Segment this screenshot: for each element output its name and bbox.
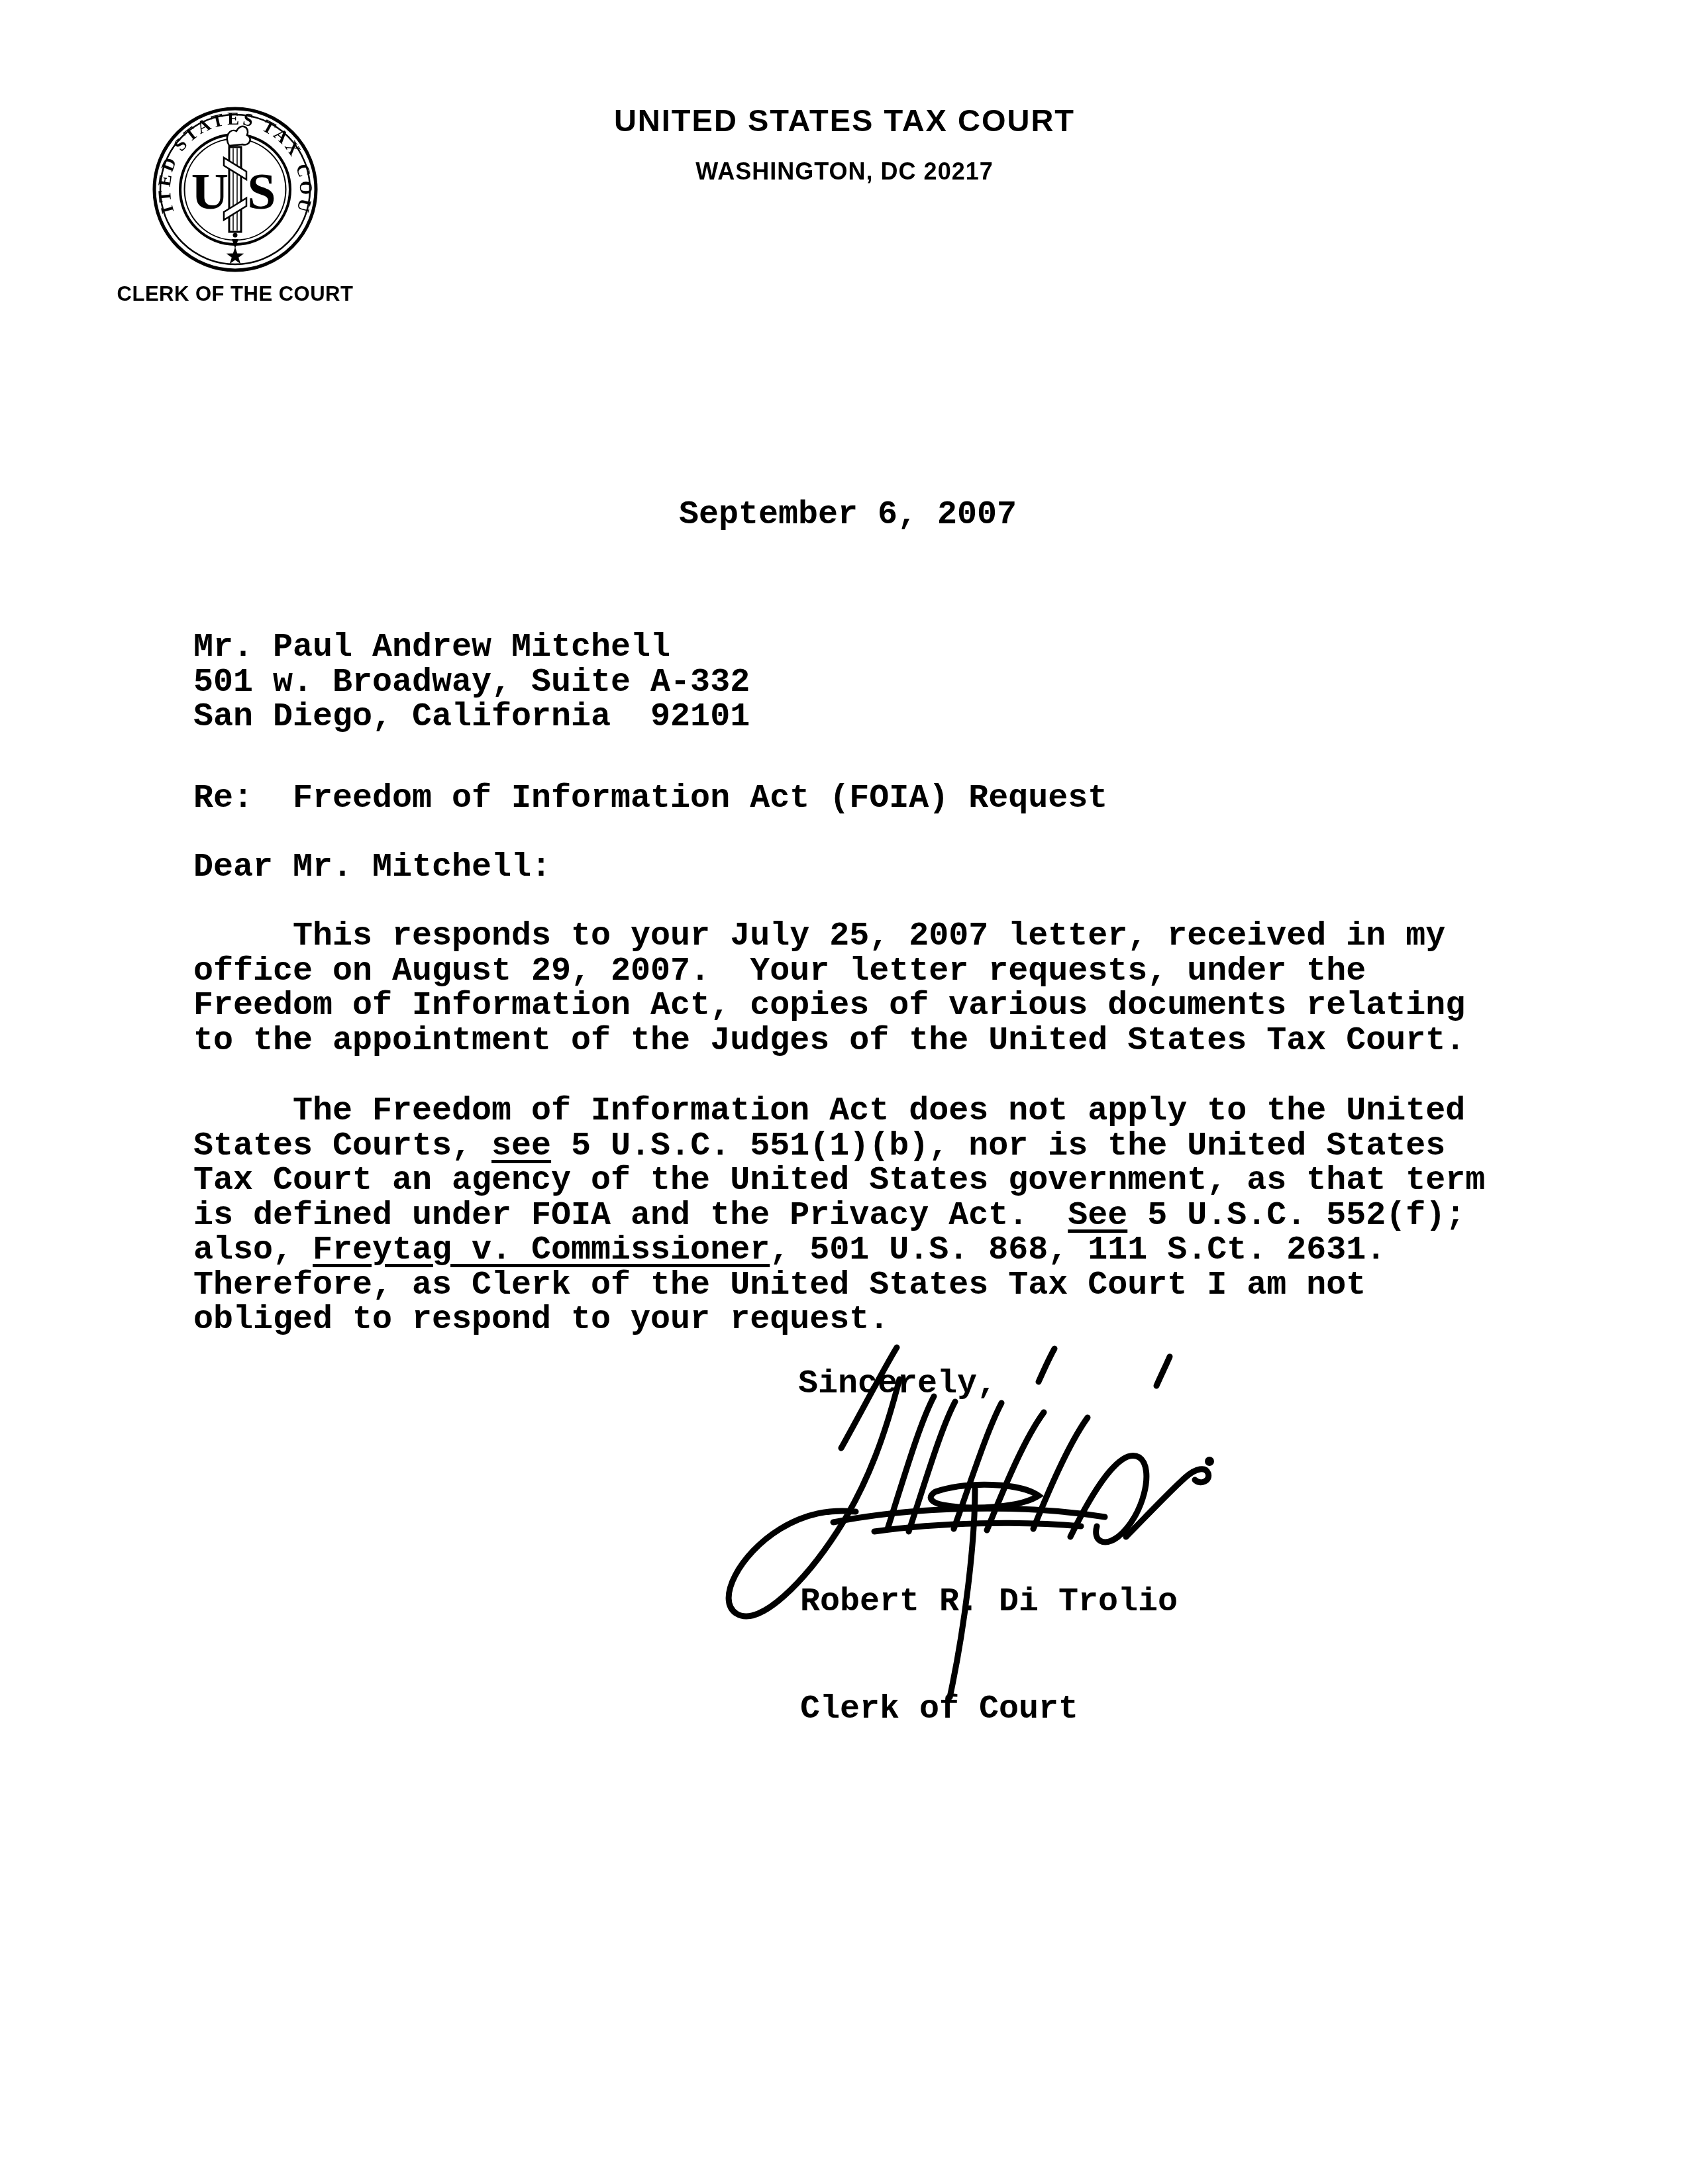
body-line: This responds to your July 25, 2007 lett… [193,919,1465,955]
body-line: is defined under FOIA and the Privacy Ac… [193,1199,1485,1234]
text-segment: , 501 U.S. 868, 111 S.Ct. 2631. [770,1231,1386,1269]
text-segment: Tax Court an agency of the United States… [193,1162,1485,1200]
clerk-of-the-court-caption: CLERK OF THE COURT [96,284,374,304]
body-line: Freedom of Information Act, copies of va… [193,989,1465,1024]
text-segment: The Freedom of Information Act does not … [193,1092,1465,1130]
body-line: Therefore, as Clerk of the United States… [193,1269,1485,1304]
text-segment: to the appointment of the Judges of the … [193,1022,1465,1060]
body-line: San Diego, California 92101 [193,700,750,735]
letter-page: UNITED STATES TAX COURT WASHINGTON, DC 2… [0,0,1689,2184]
seal-letter-s: S [247,162,276,220]
seal-letter-u: U [191,162,229,220]
seal-star-icon [227,247,244,264]
text-segment: 501 w. Broadway, Suite A-332 [193,664,750,702]
body-line: The Freedom of Information Act does not … [193,1094,1485,1129]
salutation: Dear Mr. Mitchell: [193,851,551,886]
recipient-address: Mr. Paul Andrew Mitchell501 w. Broadway,… [193,631,750,735]
text-segment: 5 U.S.C. 551(1)(b), nor is the United St… [551,1127,1445,1165]
tax-court-seal-icon: UNITED STATES TAX COURT U S [150,105,320,274]
subject-line: Re: Freedom of Information Act (FOIA) Re… [193,782,1107,817]
text-segment: 5 U.S.C. 552(f); [1127,1197,1465,1235]
signer-title: Clerk of Court [800,1692,1178,1728]
underlined-text: Freytag v. Commissioner [313,1231,770,1269]
text-segment: is defined under FOIA and the Privacy Ac… [193,1197,1068,1235]
text-segment: Therefore, as Clerk of the United States… [193,1267,1366,1304]
body-line: to the appointment of the Judges of the … [193,1024,1465,1059]
body-line: States Courts, see 5 U.S.C. 551(1)(b), n… [193,1129,1485,1165]
text-segment: States Courts, [193,1127,491,1165]
text-segment: San Diego, California 92101 [193,698,750,736]
body-line: office on August 29, 2007. Your letter r… [193,955,1465,990]
body-line: Tax Court an agency of the United States… [193,1164,1485,1199]
text-segment: also, [193,1231,313,1269]
body-line: 501 w. Broadway, Suite A-332 [193,666,750,701]
text-segment: Freedom of Information Act, copies of va… [193,987,1465,1025]
body-paragraph-1: This responds to your July 25, 2007 lett… [193,919,1465,1059]
body-line: also, Freytag v. Commissioner, 501 U.S. … [193,1233,1485,1269]
date-line: September 6, 2007 [679,498,1017,533]
body-paragraph-2: The Freedom of Information Act does not … [193,1094,1485,1338]
text-segment: office on August 29, 2007. Your letter r… [193,953,1366,990]
body-line: Mr. Paul Andrew Mitchell [193,631,750,666]
text-segment: This responds to your July 25, 2007 lett… [193,917,1445,955]
signer-block: Robert R. Di Trolio Clerk of Court [800,1513,1178,1799]
signer-name: Robert R. Di Trolio [800,1585,1178,1620]
underlined-text: See [1068,1197,1127,1235]
underlined-text: see [491,1127,551,1165]
text-segment: Mr. Paul Andrew Mitchell [193,629,670,666]
